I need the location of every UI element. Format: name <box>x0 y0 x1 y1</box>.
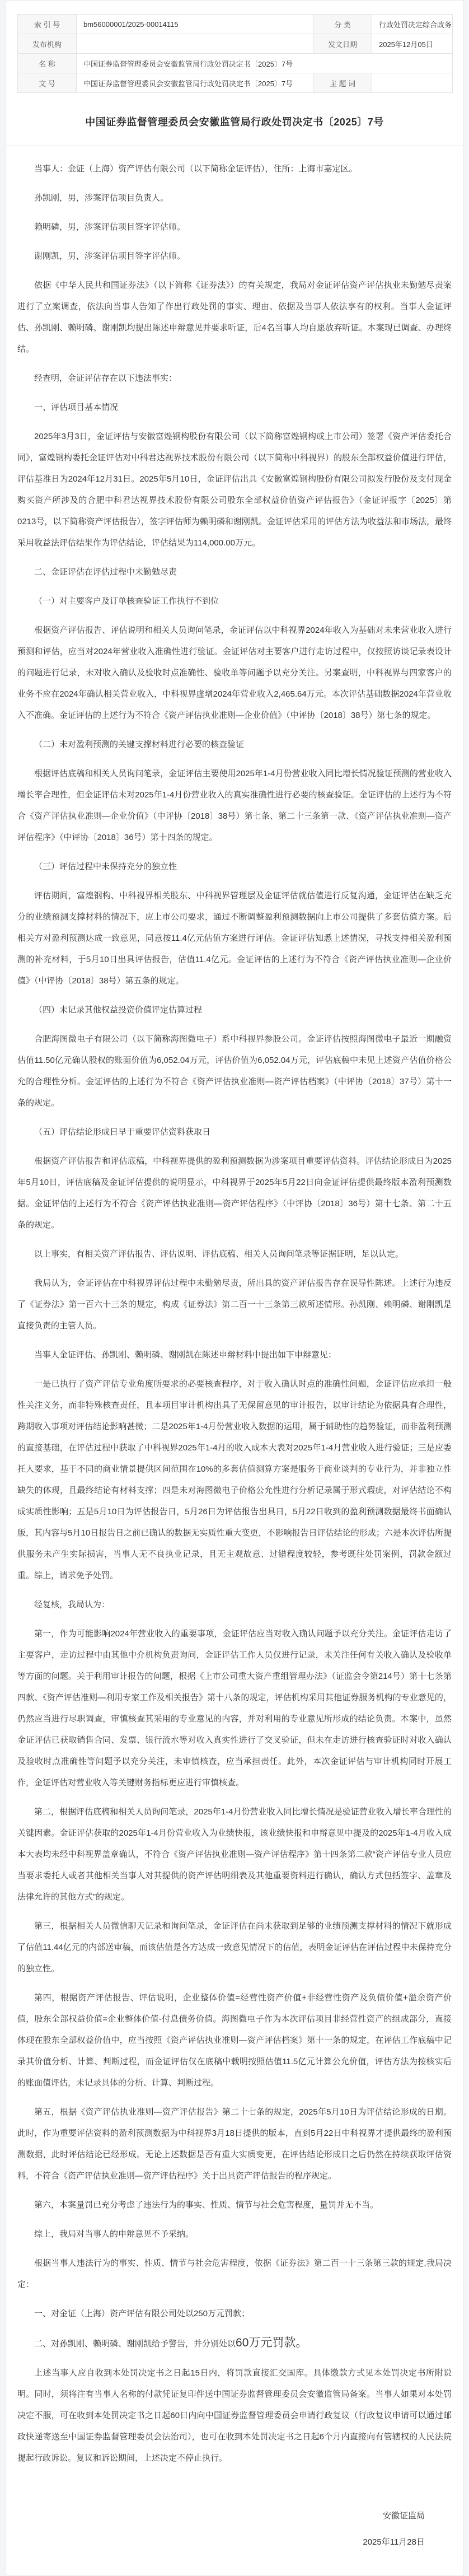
paragraph-penalty-company: 一、对金证（上海）资产评估有限公司处以250万元罚款； <box>17 2303 452 2325</box>
penalty-individuals-prefix: 二、对孙凯刚、赖明磷、谢刚凯给予警告，并分别处以 <box>34 2339 236 2349</box>
meta-label-doc-no: 文 号 <box>18 73 77 93</box>
title-divider <box>6 146 463 146</box>
paragraph-violation-1: 根据资产评估报告、评估说明和相关人员询问笔录，金证评估以中科视界2024年收入为… <box>17 620 452 726</box>
paragraph-violation-4: 合肥海图微电子有限公司（以下简称海图微电子）系中科视界参股公司。金证评估按照海图… <box>17 1029 452 1114</box>
meta-label-agency: 发布机构 <box>18 34 77 54</box>
meta-value-pubdate: 2025年12月05日 <box>372 34 453 54</box>
paragraph-payment-and-appeal: 上述当事人应自收到本处罚决定书之日起15日内，将罚款直接汇交国库。具体缴款方式见… <box>17 2363 452 2469</box>
meta-value-doc-no: 中国证券监督管理委员会安徽监管局行政处罚决定书〔2025〕7号 <box>77 73 313 93</box>
signature-date: 2025年11月28日 <box>17 2536 425 2547</box>
meta-row-1: 索 引 号 bm56000001/2025-00014115 分 类 行政处罚决… <box>18 15 453 34</box>
meta-row-3: 名 称 中国证券监督管理委员会安徽监管局行政处罚决定书〔2025〕7号 <box>18 54 453 73</box>
paragraph-review-intro: 经复核，我局认为： <box>17 1594 452 1616</box>
paragraph-bureau-opinion: 我局认为，金证评估在中科视界评估过程中未勤勉尽责，所出具的资产评估报告存在误导性… <box>17 1273 452 1337</box>
signature-org: 安徽证监局 <box>17 2509 425 2521</box>
paragraph-review-2: 第二，根据评估底稿和相关人员询问笔录，2025年1-4月份营业收入同比增长情况是… <box>17 1802 452 1908</box>
paragraph-defense-intro: 当事人金证评估、孙凯刚、赖明磷、谢刚凯在陈述申辩材料中提出如下申辩意见： <box>17 1345 452 1366</box>
meta-value-index-no: bm56000001/2025-00014115 <box>77 15 313 34</box>
meta-value-name: 中国证券监督管理委员会安徽监管局行政处罚决定书〔2025〕7号 <box>77 54 453 73</box>
paragraph-findings-intro: 经查明，金证评估存在以下违法事实： <box>17 368 452 389</box>
meta-value-subject <box>372 73 453 93</box>
paragraph-review-3: 第三，根据相关人员微信聊天记录和询问笔录，金证评估在尚未获取到足够的业绩预测支撑… <box>17 1916 452 1980</box>
meta-value-category: 行政处罚决定综合政务 <box>372 15 453 34</box>
document-meta-table: 索 引 号 bm56000001/2025-00014115 分 类 行政处罚决… <box>17 14 453 93</box>
paragraph-violation-2: 根据评估底稿和相关人员询问笔录，金证评估主要使用2025年1-4月份营业收入同比… <box>17 763 452 848</box>
paragraph-review-1: 第一，作为可能影响2024年营业收入的重要事项，金证评估应当对收入确认问题予以充… <box>17 1623 452 1794</box>
paragraph-violation-3: 评估期间，富煌钢构、中科视界相关股东、中科视界管理层及金证评估就估值进行反复沟通… <box>17 885 452 992</box>
signature-block: 安徽证监局 2025年11月28日 <box>17 2509 452 2547</box>
heading-violation-2: （二）未对盈利预测的关键支撑材料进行必要的核查验证 <box>17 734 452 755</box>
paragraph-person-1: 孙凯刚，男，涉案评估项目负责人。 <box>17 188 452 209</box>
paragraph-penalty-individuals: 二、对孙凯刚、赖明磷、谢刚凯给予警告，并分别处以60万元罚款。 <box>17 2332 452 2355</box>
paragraph-review-5: 第五，根据《资产评估执业准则—资产评估报告》第二十七条的规定，2025年5月10… <box>17 2102 452 2187</box>
meta-row-4: 文 号 中国证券监督管理委员会安徽监管局行政处罚决定书〔2025〕7号 主 题 … <box>18 73 453 93</box>
meta-label-pubdate: 发文日期 <box>313 34 372 54</box>
meta-row-2: 发布机构 发文日期 2025年12月05日 <box>18 34 453 54</box>
document-body: 当事人：金证（上海）资产评估有限公司（以下简称金证评估），住所：上海市嘉定区。 … <box>17 154 452 2469</box>
paragraph-person-2: 赖明磷，男，涉案评估项目签字评估师。 <box>17 217 452 238</box>
paragraph-review-4: 第四，根据资产评估报告、评估说明，企业整体价值=经营性资产价值+非经营性资产及负… <box>17 1987 452 2094</box>
heading-violation-4: （四）未记录其他权益投资价值评定估算过程 <box>17 1000 452 1021</box>
penalty-individuals-amount: 60万元罚款。 <box>236 2336 307 2349</box>
paragraph-defense-arguments: 一是已执行了资产评估专业角度所要求的必要核查程序，对于收入确认时点的准确性问题，… <box>17 1374 452 1586</box>
paragraph-decision-intro: 根据当事人违法行为的事实、性质、情节与社会危害程度，依据《证券法》第二百一十三条… <box>17 2253 452 2295</box>
paragraph-person-3: 谢刚凯，男，涉案评估项目签字评估师。 <box>17 246 452 267</box>
paragraph-violation-5: 根据资产评估报告和评估底稿，中科视界提供的盈利预测数据为涉案项目重要评估资料。评… <box>17 1151 452 1236</box>
heading-section-1: 一、评估项目基本情况 <box>17 397 452 418</box>
paragraph-parties: 当事人：金证（上海）资产评估有限公司（以下简称金证评估），住所：上海市嘉定区。 <box>17 158 452 180</box>
meta-label-category: 分 类 <box>313 15 372 34</box>
meta-value-agency <box>77 34 313 54</box>
document-page: 索 引 号 bm56000001/2025-00014115 分 类 行政处罚决… <box>6 0 463 2576</box>
paragraph-rejection: 综上，我局对当事人的申辩意见不予采纳。 <box>17 2224 452 2245</box>
heading-violation-5: （五）评估结论形成日早于重要评估资料获取日 <box>17 1122 452 1143</box>
heading-violation-3: （三）评估过程中未保持充分的独立性 <box>17 856 452 878</box>
heading-violation-1: （一）对主要客户及订单核查验证工作执行不到位 <box>17 591 452 612</box>
meta-label-subject: 主 题 词 <box>313 73 372 93</box>
paragraph-review-6: 第六，本案量罚已充分考虑了违法行为的事实、性质、情节与社会危害程度，量罚并无不当… <box>17 2195 452 2216</box>
paragraph-project-overview: 2025年3月3日，金证评估与安徽富煌钢构股份有限公司（以下简称富煌钢构或上市公… <box>17 426 452 554</box>
heading-section-2: 二、金证评估在评估过程中未勤勉尽责 <box>17 562 452 583</box>
paragraph-evidence: 以上事实，有相关资产评估报告、评估说明、评估底稿、相关人员询问笔录等证据证明，足… <box>17 1244 452 1265</box>
paragraph-basis: 依据《中华人民共和国证券法》（以下简称《证券法》）的有关规定，我局对金证评估资产… <box>17 275 452 360</box>
meta-label-name: 名 称 <box>18 54 77 73</box>
meta-label-index-no: 索 引 号 <box>18 15 77 34</box>
page-title: 中国证券监督管理委员会安徽监管局行政处罚决定书〔2025〕7号 <box>17 114 452 129</box>
